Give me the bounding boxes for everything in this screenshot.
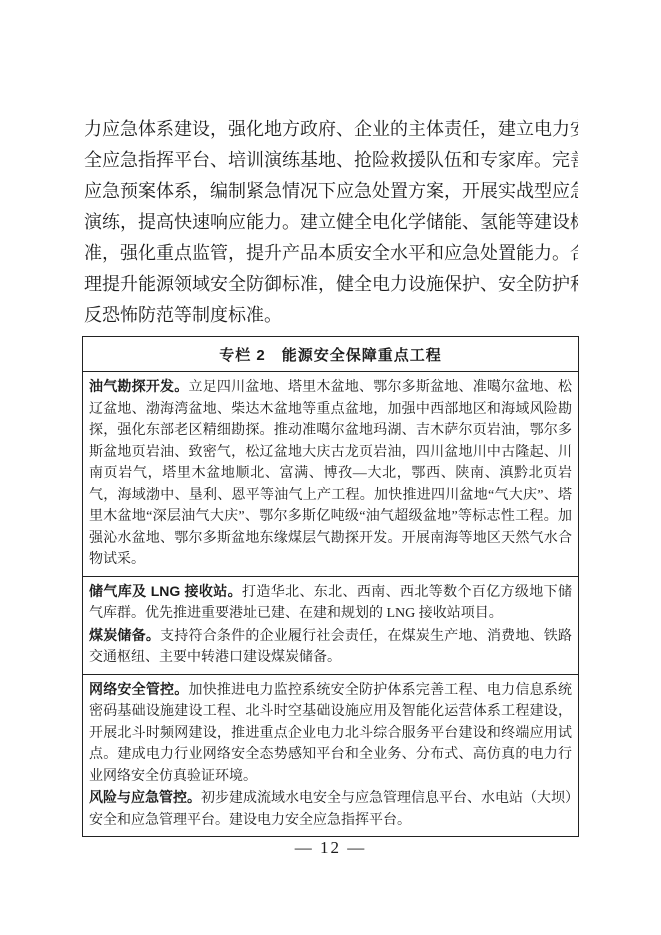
body-paragraph-line: 准，强化重点监管，提升产品本质安全水平和应急处置能力。合 <box>84 238 578 269</box>
section-text: 立足四川盆地、塔里木盆地、鄂尔多斯盆地、准噶尔盆地、松辽盆地、渤海湾盆地、柴达木… <box>89 380 572 567</box>
body-paragraph: 力应急体系建设，强化地方政府、企业的主体责任，建立电力安 全应急指挥平台、培训演… <box>84 114 578 331</box>
body-paragraph-line: 应急预案体系，编制紧急情况下应急处置方案，开展实战型应急 <box>84 176 578 207</box>
body-paragraph-line: 理提升能源领域安全防御标准，健全电力设施保护、安全防护和 <box>84 269 578 300</box>
body-paragraph-line: 演练，提高快速响应能力。建立健全电化学储能、氢能等建设标 <box>84 207 578 238</box>
section-label: 油气勘探开发。 <box>89 378 188 394</box>
body-paragraph-line: 全应急指挥平台、培训演练基地、抢险救援队伍和专家库。完善 <box>84 145 578 176</box>
section-label: 网络安全管控。 <box>89 681 188 697</box>
box-section-security-control: 网络安全管控。加快推进电力监控系统安全防护体系完善工程、电力信息系统密码基础设施… <box>83 675 578 837</box>
body-paragraph-line: 反恐怖防范等制度标准。 <box>84 300 578 331</box>
box-section-storage-reserves: 储气库及 LNG 接收站。打造华北、东北、西南、西北等数个百亿方级地下储气库群。… <box>83 577 578 675</box>
box-row: 油气勘探开发。立足四川盆地、塔里木盆地、鄂尔多斯盆地、准噶尔盆地、松辽盆地、渤海… <box>89 376 572 571</box>
section-label: 风险与应急管控。 <box>89 789 201 805</box>
body-paragraph-line: 力应急体系建设，强化地方政府、企业的主体责任，建立电力安 <box>84 114 578 145</box>
section-text: 加快推进电力监控系统安全防护体系完善工程、电力信息系统密码基础设施建设工程、北斗… <box>89 683 572 784</box>
box-title: 专栏 2 能源安全保障重点工程 <box>83 337 578 372</box>
box-row: 煤炭储备。支持符合条件的企业履行社会责任，在煤炭生产地、消费地、铁路交通枢纽、主… <box>89 625 572 669</box>
box-section-oil-gas-exploration: 油气勘探开发。立足四川盆地、塔里木盆地、鄂尔多斯盆地、准噶尔盆地、松辽盆地、渤海… <box>83 372 578 577</box>
section-text: 支持符合条件的企业履行社会责任，在煤炭生产地、消费地、铁路交通枢纽、主要中转港口… <box>89 629 572 666</box>
section-label: 储气库及 LNG 接收站。 <box>89 583 242 599</box>
page-number: — 12 — <box>0 838 661 858</box>
section-label: 煤炭储备。 <box>89 627 160 643</box>
box-row: 风险与应急管控。初步建成流域水电安全与应急管理信息平台、水电站（大坝）安全和应急… <box>89 787 572 831</box>
box-row: 网络安全管控。加快推进电力监控系统安全防护体系完善工程、电力信息系统密码基础设施… <box>89 679 572 788</box>
box-row: 储气库及 LNG 接收站。打造华北、东北、西南、西北等数个百亿方级地下储气库群。… <box>89 581 572 625</box>
document-page: 力应急体系建设，强化地方政府、企业的主体责任，建立电力安 全应急指挥平台、培训演… <box>0 0 661 935</box>
energy-security-feature-box: 专栏 2 能源安全保障重点工程 油气勘探开发。立足四川盆地、塔里木盆地、鄂尔多斯… <box>82 336 579 837</box>
